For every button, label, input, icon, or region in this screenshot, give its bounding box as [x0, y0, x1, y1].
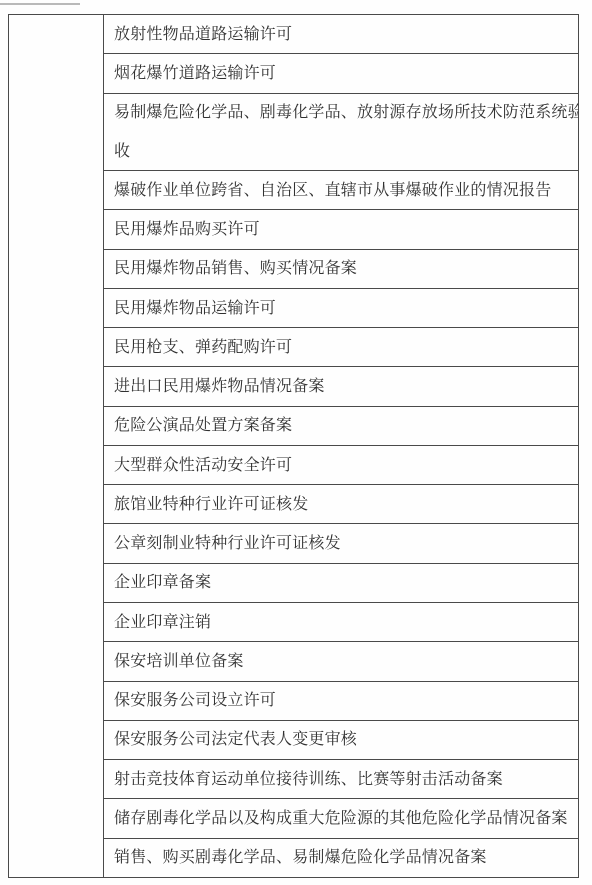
- row-label: 放射性物品道路运输许可: [114, 15, 578, 54]
- row-label: 民用爆炸物品销售、购买情况备案: [114, 250, 578, 289]
- table-row: 放射性物品道路运输许可: [104, 15, 578, 54]
- table-row: 危险公演品处置方案备案: [104, 407, 578, 446]
- table-row: 保安培训单位备案: [104, 642, 578, 681]
- row-label: 保安服务公司法定代表人变更审核: [114, 721, 578, 760]
- row-label: 民用爆炸物品运输许可: [114, 289, 578, 328]
- row-label: 射击竞技体育运动单位接待训练、比赛等射击活动备案: [114, 760, 578, 799]
- table-row: 进出口民用爆炸物品情况备案: [104, 367, 578, 406]
- table-row: 民用爆炸物品运输许可: [104, 289, 578, 328]
- table-left-column-cell: [9, 15, 104, 877]
- table-row: 保安服务公司法定代表人变更审核: [104, 721, 578, 760]
- document-page: 放射性物品道路运输许可 烟花爆竹道路运输许可 易制爆危险化学品、剧毒化学品、放射…: [0, 0, 592, 885]
- row-label: 民用枪支、弹药配购许可: [114, 328, 578, 367]
- row-label: 民用爆炸品购买许可: [114, 210, 578, 249]
- row-label: 企业印章备案: [114, 564, 578, 603]
- table-row: 民用爆炸物品销售、购买情况备案: [104, 250, 578, 289]
- row-label-line-1: 易制爆危险化学品、剧毒化学品、放射源存放场所技术防范系统验: [114, 94, 578, 132]
- table-row: 公章刻制业特种行业许可证核发: [104, 524, 578, 563]
- table-row: 大型群众性活动安全许可: [104, 446, 578, 485]
- row-label: 企业印章注销: [114, 603, 578, 642]
- table-row: 烟花爆竹道路运输许可: [104, 54, 578, 93]
- row-label: 旅馆业特种行业许可证核发: [114, 485, 578, 524]
- row-label: 危险公演品处置方案备案: [114, 407, 578, 446]
- table-row: 民用枪支、弹药配购许可: [104, 328, 578, 367]
- row-label: 进出口民用爆炸物品情况备案: [114, 367, 578, 406]
- table-row: 储存剧毒化学品以及构成重大危险源的其他危险化学品情况备案: [104, 799, 578, 838]
- row-label: 储存剧毒化学品以及构成重大危险源的其他危险化学品情况备案: [114, 799, 578, 838]
- table-row: 旅馆业特种行业许可证核发: [104, 485, 578, 524]
- table-row: 保安服务公司设立许可: [104, 682, 578, 721]
- table-row: 易制爆危险化学品、剧毒化学品、放射源存放场所技术防范系统验 收: [104, 94, 578, 172]
- permits-table: 放射性物品道路运输许可 烟花爆竹道路运输许可 易制爆危险化学品、剧毒化学品、放射…: [8, 14, 579, 878]
- table-row: 企业印章注销: [104, 603, 578, 642]
- row-label: 爆破作业单位跨省、自治区、直辖市从事爆破作业的情况报告: [114, 171, 578, 210]
- row-label: 销售、购买剧毒化学品、易制爆危险化学品情况备案: [114, 839, 578, 877]
- row-label: 大型群众性活动安全许可: [114, 446, 578, 485]
- row-label: 公章刻制业特种行业许可证核发: [114, 524, 578, 563]
- table-rows: 放射性物品道路运输许可 烟花爆竹道路运输许可 易制爆危险化学品、剧毒化学品、放射…: [104, 15, 578, 877]
- row-label: 保安培训单位备案: [114, 642, 578, 681]
- table-row: 企业印章备案: [104, 564, 578, 603]
- page-edge-artifact: [0, 3, 80, 5]
- table-row: 射击竞技体育运动单位接待训练、比赛等射击活动备案: [104, 760, 578, 799]
- table-row: 销售、购买剧毒化学品、易制爆危险化学品情况备案: [104, 839, 578, 877]
- row-label: 保安服务公司设立许可: [114, 682, 578, 721]
- table-row: 爆破作业单位跨省、自治区、直辖市从事爆破作业的情况报告: [104, 171, 578, 210]
- row-label-line-2: 收: [114, 132, 578, 171]
- row-label: 烟花爆竹道路运输许可: [114, 54, 578, 93]
- table-row: 民用爆炸品购买许可: [104, 210, 578, 249]
